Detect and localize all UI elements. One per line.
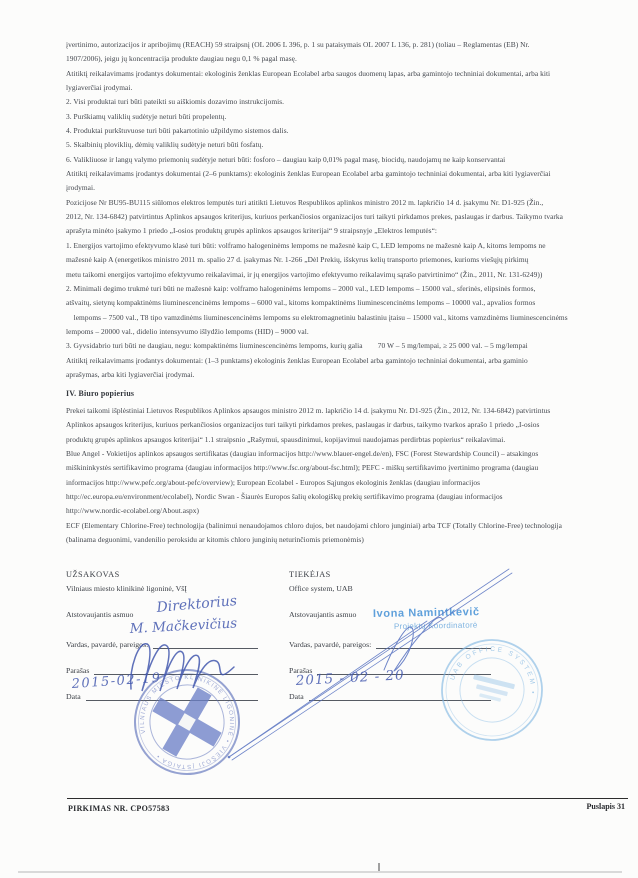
text-line: Pozicijose Nr BU95-BU115 siūlomos elektr… [66, 196, 632, 210]
text-line: Atitiktį reikalavimams įrodantys dokumen… [66, 354, 632, 368]
text-line: 1. Energijos vartojimo efektyvumo klasė … [66, 239, 632, 253]
text-line: 3. Gyvsidabrio turi būti ne daugiau, neg… [66, 339, 632, 353]
section-iv-heading: IV. Biuro popierius [66, 389, 134, 398]
supplier-signature-label: Parašas [289, 666, 312, 675]
supplier-party-title: TIEKĖJAS [289, 570, 491, 579]
text-line: metu taikomi energijos vartojimo efektyv… [66, 268, 632, 282]
supplier-signature-underline [317, 661, 491, 675]
supplier-name-label: Vardas, pavardė, pareigos: [289, 640, 371, 649]
text-line: 2. Minimali degimo trukmė turi būti ne m… [66, 282, 632, 296]
customer-signature-underline [94, 661, 258, 675]
text-line: http://ec.europa.eu/environment/ecolabel… [66, 490, 632, 504]
scan-bottom-edge [18, 871, 622, 873]
text-line: ECF (Elementary Chlorine-Free) technolog… [66, 519, 632, 533]
customer-name-label: Vardas, pavardė, pareigos: [66, 640, 148, 649]
pinwheel-emblem-gap [178, 713, 196, 731]
text-line: Aplinkos apsaugos kriterijus, kuriuos pe… [66, 418, 632, 432]
text-line: įrodymai. [66, 181, 632, 195]
customer-name-row: Vardas, pavardė, pareigos: [66, 636, 258, 649]
supplier-name-row: Vardas, pavardė, pareigos: [289, 636, 491, 649]
text-line: Atitiktį reikalavimams įrodantys dokumen… [66, 67, 632, 81]
section-iv-text-block: Prekei taikomi išplėstiniai Lietuvos Res… [66, 404, 632, 547]
text-line: produktų grupės aplinkos apsaugos kriter… [66, 433, 632, 447]
purchase-number: PIRKIMAS NR. CPO57583 [68, 804, 170, 813]
supplier-date-row: Data [289, 688, 491, 701]
customer-party-name: Vilniaus miesto klinikinė ligoninė, VšĮ [66, 584, 258, 593]
text-line: (balinama deguonimi, vandenilio peroksid… [66, 533, 632, 547]
section-iii-text-block: įvertinimo, autorizacijos ir apribojimų … [66, 38, 632, 382]
text-line: 1907/2006), jeigu jų koncentracija produ… [66, 52, 632, 66]
text-line: http://www.nordic-ecolabel.org/About.asp… [66, 504, 632, 518]
supplier-date-label: Data [289, 692, 304, 701]
supplier-date-underline [309, 687, 491, 701]
customer-representative-label: Atstovaujantis asmuo [66, 610, 258, 619]
scanned-contract-page: įvertinimo, autorizacijos ir apribojimų … [0, 0, 638, 878]
supplier-signature-row: Parašas [289, 662, 491, 675]
text-line: Prekei taikomi išplėstiniai Lietuvos Res… [66, 404, 632, 418]
customer-party-title: UŽSAKOVAS [66, 570, 258, 579]
customer-signature-label: Parašas [66, 666, 89, 675]
text-line: 6. Valikliuose ir langų valymo priemonių… [66, 153, 632, 167]
text-line: 3. Purškiamų valiklių sudėtyje neturi bū… [66, 110, 632, 124]
text-line: mažesnė kaip A (energetikos ministro 201… [66, 253, 632, 267]
text-line: 4. Produktai purkštuvuose turi būti paka… [66, 124, 632, 138]
supplier-party-name: Office system, UAB [289, 584, 491, 593]
page-number: Puslapis 31 [587, 802, 625, 811]
text-line: miškininkystės sertifikavimo programa (d… [66, 461, 632, 475]
text-line: lygiaverčiai įrodymai. [66, 81, 632, 95]
supplier-representative-label: Atstovaujantis asmuo [289, 610, 491, 619]
text-line: 2012, Nr. 134-6842) patvirtintus Aplinko… [66, 210, 632, 224]
customer-date-row: Data [66, 688, 258, 701]
text-line: įvertinimo, autorizacijos ir apribojimų … [66, 38, 632, 52]
text-line: lempoms – 20000 val., didelio intensyvum… [66, 325, 632, 339]
text-line: informacijos http://www.pefc.org/about-p… [66, 476, 632, 490]
customer-name-underline [153, 635, 258, 649]
supplier-name-underline [376, 635, 491, 649]
customer-signing-block: UŽSAKOVAS Vilniaus miesto klinikinė ligo… [66, 570, 258, 714]
text-line: aprašyta minėto įsakymo 1 priedo „I-osio… [66, 224, 632, 238]
customer-date-underline [86, 687, 258, 701]
customer-signature-row: Parašas [66, 662, 258, 675]
text-line: 2. Visi produktai turi būti pateikti su … [66, 95, 632, 109]
text-line: aprašymas, arba kiti lygiaverčiai įrodym… [66, 368, 632, 382]
text-line: lempoms – 7500 val., T8 tipo vamzdinėms … [66, 311, 632, 325]
footer-rule [67, 798, 628, 799]
customer-date-label: Data [66, 692, 81, 701]
text-line: Blue Angel - Vokietijos aplinkos apsaugo… [66, 447, 632, 461]
text-line: atšvaitų, sietynų kompaktinėms liuminesc… [66, 296, 632, 310]
supplier-signing-block: TIEKĖJAS Office system, UAB Atstovaujant… [289, 570, 491, 714]
text-line: Atitiktį reikalavimams įrodantys dokumen… [66, 167, 632, 181]
text-line: 5. Skalbinių ploviklių, dėmių valiklių s… [66, 138, 632, 152]
